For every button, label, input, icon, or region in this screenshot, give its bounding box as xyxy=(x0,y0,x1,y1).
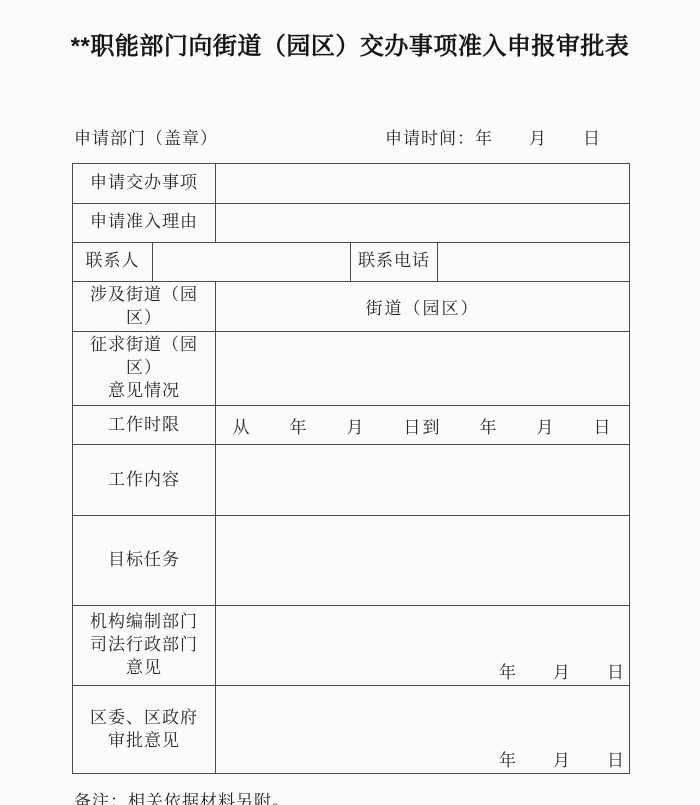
contact-value xyxy=(153,242,351,281)
row-admission-reason: 申请准入理由 xyxy=(73,203,630,242)
work-content-label: 工作内容 xyxy=(73,445,216,516)
admission-reason-label: 申请准入理由 xyxy=(73,203,216,242)
apply-time: 申请时间：年 月 日 xyxy=(385,124,629,149)
row-org-opinion: 机构编制部门 司法行政部门 意见 年 月 日 xyxy=(73,606,630,686)
target-tasks-value xyxy=(216,516,630,606)
row-contact: 联系人 联系电话 xyxy=(73,242,630,281)
assign-item-label: 申请交办事项 xyxy=(73,163,216,203)
admission-reason-value xyxy=(216,203,630,242)
apply-time-date: 年 月 日 xyxy=(475,129,601,148)
time-limit-label: 工作时限 xyxy=(73,406,216,445)
contact-phone-value xyxy=(438,242,630,281)
page-title: **职能部门向街道（园区）交办事项准入申报审批表 xyxy=(20,30,680,64)
form-sheet: **职能部门向街道（园区）交办事项准入申报审批表 申请部门（盖章） 申请时间：年… xyxy=(0,0,700,805)
org-opinion-label: 机构编制部门 司法行政部门 意见 xyxy=(73,606,216,686)
row-assign-item: 申请交办事项 xyxy=(73,163,630,203)
row-involved-streets: 涉及街道（园区） 街道（园区） xyxy=(73,281,630,332)
row-target-tasks: 目标任务 xyxy=(73,516,630,606)
district-opinion-date: 年 月 日 xyxy=(216,686,630,774)
approval-form-table: 申请交办事项 申请准入理由 联系人 联系电话 涉及街道（园区） 街道（园区） 征… xyxy=(72,163,630,775)
street-opinions-label: 征求街道（园区） 意见情况 xyxy=(73,332,216,406)
involved-streets-label: 涉及街道（园区） xyxy=(73,281,216,332)
street-opinions-value xyxy=(216,332,630,406)
row-work-content: 工作内容 xyxy=(73,445,630,516)
involved-streets-value: 街道（园区） xyxy=(216,281,630,332)
work-content-value xyxy=(216,445,630,516)
row-time-limit: 工作时限 从 年 月 日到 年 月 日 xyxy=(73,406,630,445)
target-tasks-label: 目标任务 xyxy=(73,516,216,606)
contact-phone-label: 联系电话 xyxy=(351,242,438,281)
meta-row: 申请部门（盖章） 申请时间：年 月 日 xyxy=(74,124,629,149)
row-district-opinion: 区委、区政府 审批意见 年 月 日 xyxy=(73,686,630,774)
district-opinion-label: 区委、区政府 审批意见 xyxy=(73,686,216,774)
apply-time-label: 申请时间： xyxy=(385,129,475,148)
org-opinion-date: 年 月 日 xyxy=(216,606,630,686)
footer-note: 备注：相关依据材料另附。 xyxy=(74,787,700,805)
apply-department-label: 申请部门（盖章） xyxy=(74,124,218,149)
row-street-opinions: 征求街道（园区） 意见情况 xyxy=(73,332,630,406)
assign-item-value xyxy=(216,163,630,203)
contact-label: 联系人 xyxy=(73,242,153,281)
time-limit-value: 从 年 月 日到 年 月 日 xyxy=(216,406,630,445)
